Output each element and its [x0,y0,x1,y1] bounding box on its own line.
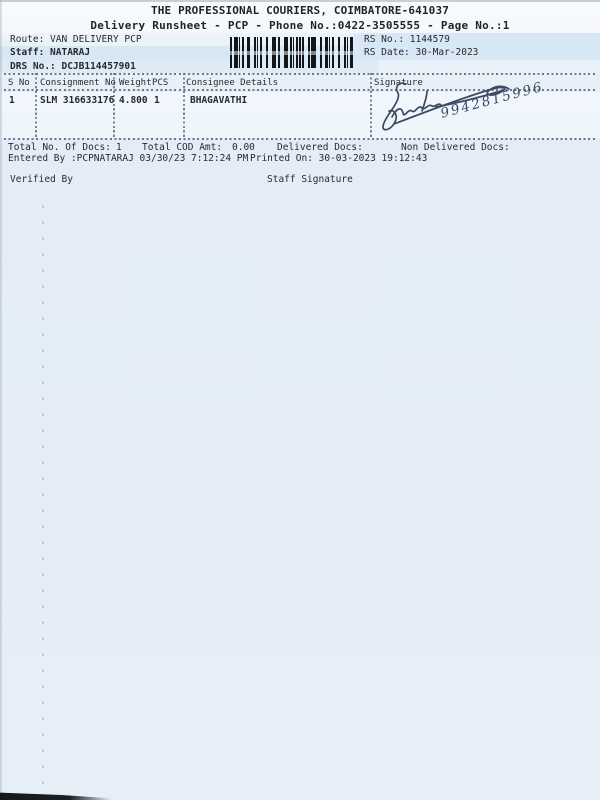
table-column-divider-1 [35,73,37,139]
table-rule-top [4,73,596,75]
total-docs-label: Total No. Of Docs: [8,142,111,154]
company-title: THE PROFESSIONAL COURIERS, COIMBATORE-64… [0,4,600,17]
printed-on-line: Printed On: 30-03-2023 19:12:43 [250,153,427,165]
scan-edge-bottom-left [0,791,112,800]
row-consignment-no: SLM 316633176 [40,95,114,107]
column-header-pcs: PCS [152,78,168,89]
staff-signature-label: Staff Signature [267,174,353,186]
total-cod-value: 0.00 [232,142,255,154]
scan-fold-line [42,205,44,790]
non-delivered-docs-label: Non Delivered Docs: [401,142,510,154]
column-header-weight: Weight [119,78,152,89]
staff-line: Staff: NATARAJ [10,47,90,59]
scanned-runsheet-page: THE PROFESSIONAL COURIERS, COIMBATORE-64… [0,0,600,800]
column-header-s-no: S No [8,78,30,89]
total-cod-label: Total COD Amt: [142,142,222,154]
scan-edge-top [0,0,600,2]
row-pcs: 1 [154,95,160,107]
delivered-docs-label: Delivered Docs: [277,142,363,154]
rs-date-line: RS Date: 30-Mar-2023 [364,47,478,59]
total-docs-value: 1 [116,142,122,154]
route-line: Route: VAN DELIVERY PCP [10,34,142,46]
runsheet-subtitle: Delivery Runsheet - PCP - Phone No.:0422… [0,19,600,32]
column-header-consignee-details: Consignee Details [186,78,278,89]
verified-by-label: Verified By [10,174,73,186]
row-weight: 4.800 [119,95,148,107]
entered-by-line: Entered By :PCPNATARAJ 03/30/23 7:12:24 … [8,153,248,165]
drs-no-line: DRS No.: DCJB114457901 [10,61,136,73]
rs-no-line: RS No.: 1144579 [364,34,450,46]
table-rule-bottom [4,138,596,140]
table-column-divider-3 [183,73,185,139]
row-consignee: BHAGAVATHI [190,95,247,107]
column-header-consignment-no: Consignment No [40,78,116,89]
scan-edge-left [0,0,2,800]
rs-barcode [230,37,354,68]
row-s-no: 1 [9,95,15,107]
